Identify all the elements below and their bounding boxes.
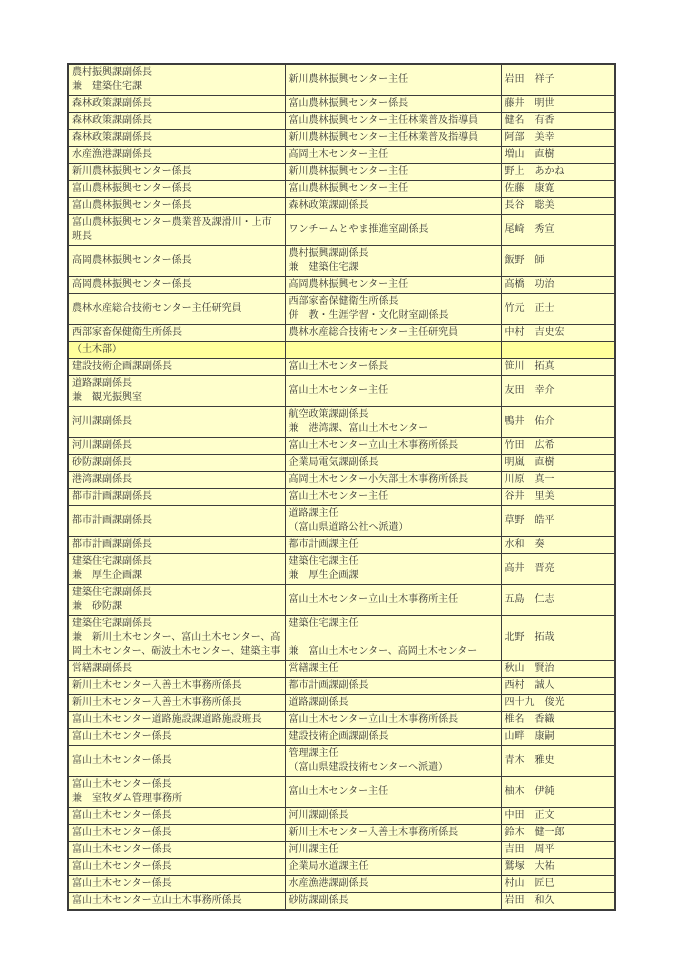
cell-line: 兼 観光振興室 — [72, 391, 282, 405]
name-cell: 佐藤 康寛 — [501, 181, 615, 198]
cell-line: 管理課主任 — [289, 747, 498, 761]
document-page: 農村振興課副係長兼 建築住宅課新川農林振興センター主任岩田 祥子森林政策課副係長… — [0, 0, 680, 961]
cell-line: 富山農林振興センター係長 — [72, 199, 282, 213]
old-position-cell: 富山土木センター立山土木事務所主任 — [285, 585, 501, 616]
name-cell: 鈴木 健一郎 — [501, 825, 615, 842]
old-position-cell: 道路課副係長 — [285, 695, 501, 712]
old-position-cell: 農村振興課副係長兼 建築住宅課 — [285, 246, 501, 277]
cell-line: 佐藤 康寛 — [505, 182, 612, 196]
name-cell: 北野 拓哉 — [501, 616, 615, 661]
cell-line: 建築住宅課副係長 — [72, 586, 282, 600]
cell-line: 富山土木センター立山土木事務所係長 — [289, 713, 498, 727]
table-row: 都市計画課副係長富山土木センター主任谷井 里美 — [68, 489, 615, 506]
cell-line: 都市計画課副係長 — [289, 679, 498, 693]
cell-line: 建築住宅課副係長 — [72, 617, 282, 631]
cell-line: 農村振興課副係長 — [289, 247, 498, 261]
cell-line: 富山土木センター係長 — [72, 730, 282, 744]
cell-line: 富山土木センター係長 — [72, 754, 282, 768]
cell-line: 高井 晋亮 — [505, 562, 612, 576]
name-cell: 明嵐 直樹 — [501, 455, 615, 472]
cell-line: 兼 室牧ダム管理事務所 — [72, 792, 282, 806]
old-position-cell: 富山土木センター主任 — [285, 777, 501, 808]
table-row: 都市計画課副係長道路課主任（富山県道路公社へ派遣）草野 皓平 — [68, 506, 615, 537]
cell-line: 新川農林振興センター主任 — [289, 165, 498, 179]
cell-line: 港湾課副係長 — [72, 473, 282, 487]
old-position-cell — [285, 342, 501, 359]
cell-line — [289, 343, 498, 357]
table-row: 農林水産総合技術センター主任研究員西部家畜保健衛生所係長併 教・生涯学習・文化財… — [68, 294, 615, 325]
table-row: 河川課副係長航空政策課副係長兼 港湾課、富山土木センター鴨井 佑介 — [68, 407, 615, 438]
name-cell: 中村 吉史宏 — [501, 325, 615, 342]
new-position-cell: 都市計画課副係長 — [68, 489, 285, 506]
name-cell: 竹田 広希 — [501, 438, 615, 455]
table-row: 富山農林振興センター農業普及課滑川・上市班長ワンチームとやま推進室副係長尾崎 秀… — [68, 215, 615, 246]
old-position-cell: 営繕課主任 — [285, 661, 501, 678]
cell-line: 吉田 周平 — [505, 843, 612, 857]
new-position-cell: 富山土木センター係長 — [68, 842, 285, 859]
cell-line: 建築住宅課副係長 — [72, 555, 282, 569]
old-position-cell: 富山土木センター主任 — [285, 489, 501, 506]
name-cell: 水和 奏 — [501, 537, 615, 554]
cell-line: 明嵐 直樹 — [505, 456, 612, 470]
cell-line: 新川土木センター入善土木事務所係長 — [72, 696, 282, 710]
name-cell: 中田 正文 — [501, 808, 615, 825]
new-position-cell: 農林水産総合技術センター主任研究員 — [68, 294, 285, 325]
name-cell: 村山 匠巳 — [501, 876, 615, 893]
cell-line: 併 教・生涯学習・文化財室副係長 — [289, 309, 498, 323]
old-position-cell: 富山農林振興センター主任 — [285, 181, 501, 198]
table-row: 森林政策課副係長富山農林振興センター係長藤井 明世 — [68, 96, 615, 113]
table-row: 建築住宅課副係長兼 厚生企画課建築住宅課主任兼 厚生企画課高井 晋亮 — [68, 554, 615, 585]
cell-line: 河川課主任 — [289, 843, 498, 857]
cell-line: 兼 建築住宅課 — [289, 261, 498, 275]
name-cell: 青木 雅史 — [501, 746, 615, 777]
cell-line: 尾崎 秀宣 — [505, 223, 612, 237]
cell-line: 西部家畜保健衛生所係長 — [289, 295, 498, 309]
cell-line: 増山 直樹 — [505, 148, 612, 162]
cell-line: 道路課主任 — [289, 507, 498, 521]
table-row: 富山土木センター係長管理課主任（富山県建設技術センターへ派遣）青木 雅史 — [68, 746, 615, 777]
new-position-cell: 富山土木センター道路施設課道路施設班長 — [68, 712, 285, 729]
cell-line: 河川課副係長 — [289, 809, 498, 823]
new-position-cell: 農村振興課副係長兼 建築住宅課 — [68, 64, 285, 96]
cell-line: 富山土木センター主任 — [289, 490, 498, 504]
cell-line: 営繕課主任 — [289, 662, 498, 676]
old-position-cell: 富山農林振興センター係長 — [285, 96, 501, 113]
cell-line: 北野 拓哉 — [505, 631, 612, 645]
cell-line: 岩田 祥子 — [505, 73, 612, 87]
new-position-cell: 河川課副係長 — [68, 438, 285, 455]
new-position-cell: 富山土木センター係長 — [68, 808, 285, 825]
old-position-cell: 新川土木センター入善土木事務所係長 — [285, 825, 501, 842]
name-cell: 椎名 香織 — [501, 712, 615, 729]
new-position-cell: 西部家畜保健衛生所係長 — [68, 325, 285, 342]
table-row: 都市計画課副係長都市計画課主任水和 奏 — [68, 537, 615, 554]
cell-line: 谷井 里美 — [505, 490, 612, 504]
table-row: 富山土木センター係長河川課副係長中田 正文 — [68, 808, 615, 825]
table-row: 高岡農林振興センター係長農村振興課副係長兼 建築住宅課飯野 師 — [68, 246, 615, 277]
cell-line: 西村 誠人 — [505, 679, 612, 693]
cell-line: 富山土木センター係長 — [72, 809, 282, 823]
name-cell: 鷲塚 大祐 — [501, 859, 615, 876]
cell-line: 高岡農林振興センター係長 — [72, 254, 282, 268]
cell-line: 高岡土木センター主任 — [289, 148, 498, 162]
cell-line: 阿部 美幸 — [505, 131, 612, 145]
name-cell: 長谷 聡美 — [501, 198, 615, 215]
cell-line: 野上 あかね — [505, 165, 612, 179]
cell-line: 新川土木センター入善土木事務所係長 — [289, 826, 498, 840]
cell-line: 農村振興課副係長 — [72, 66, 282, 80]
table-row: 新川土木センター入善土木事務所係長都市計画課副係長西村 誠人 — [68, 678, 615, 695]
new-position-cell: 砂防課副係長 — [68, 455, 285, 472]
name-cell: 川原 真一 — [501, 472, 615, 489]
cell-line: 高岡農林振興センター係長 — [72, 278, 282, 292]
table-row: 高岡農林振興センター係長高岡農林振興センター主任高橋 功治 — [68, 277, 615, 294]
cell-line: 五島 仁志 — [505, 593, 612, 607]
name-cell: 友田 幸介 — [501, 376, 615, 407]
old-position-cell: 建築住宅課主任兼 厚生企画課 — [285, 554, 501, 585]
new-position-cell: 森林政策課副係長 — [68, 96, 285, 113]
name-cell: 増山 直樹 — [501, 147, 615, 164]
cell-line: 椎名 香織 — [505, 713, 612, 727]
cell-line: 富山土木センター係長 — [72, 778, 282, 792]
cell-line: 富山農林振興センター主任林業普及指導員 — [289, 114, 498, 128]
cell-line: 企業局電気課副係長 — [289, 456, 498, 470]
old-position-cell: 富山農林振興センター主任林業普及指導員 — [285, 113, 501, 130]
new-position-cell: 新川土木センター入善土木事務所係長 — [68, 678, 285, 695]
cell-line: 鷲塚 大祐 — [505, 860, 612, 874]
table-row: 新川農林振興センター係長新川農林振興センター主任野上 あかね — [68, 164, 615, 181]
cell-line: 富山土木センター立山土木事務所係長 — [289, 439, 498, 453]
old-position-cell: 西部家畜保健衛生所係長併 教・生涯学習・文化財室副係長 — [285, 294, 501, 325]
cell-line: 高岡農林振興センター主任 — [289, 278, 498, 292]
cell-line: 岩田 和久 — [505, 894, 612, 908]
old-position-cell: 高岡土木センター主任 — [285, 147, 501, 164]
cell-line: 富山農林振興センター係長 — [289, 97, 498, 111]
name-cell: 尾崎 秀宣 — [501, 215, 615, 246]
cell-line: 藤井 明世 — [505, 97, 612, 111]
table-row: 富山土木センター係長建設技術企画課副係長山畔 康嗣 — [68, 729, 615, 746]
table-row: 富山土木センター立山土木事務所係長砂防課副係長岩田 和久 — [68, 893, 615, 911]
new-position-cell: 建築住宅課副係長兼 砂防課 — [68, 585, 285, 616]
new-position-cell: 富山農林振興センター農業普及課滑川・上市班長 — [68, 215, 285, 246]
table-row: 新川土木センター入善土木事務所係長道路課副係長四十九 俊光 — [68, 695, 615, 712]
name-cell: 岩田 和久 — [501, 893, 615, 911]
cell-line: 飯野 師 — [505, 254, 612, 268]
name-cell: 健名 有香 — [501, 113, 615, 130]
old-position-cell: 河川課主任 — [285, 842, 501, 859]
cell-line — [289, 631, 498, 645]
cell-line: 長谷 聡美 — [505, 199, 612, 213]
cell-line: 兼 港湾課、富山土木センター — [289, 422, 498, 436]
cell-line: 富山土木センター主任 — [289, 785, 498, 799]
cell-line — [505, 343, 612, 357]
cell-line: 兼 砂防課 — [72, 600, 282, 614]
cell-line: 村山 匠巳 — [505, 877, 612, 891]
new-position-cell: 富山土木センター係長 — [68, 729, 285, 746]
old-position-cell: 高岡農林振興センター主任 — [285, 277, 501, 294]
table-row: 建設技術企画課副係長富山土木センター係長笹川 拓真 — [68, 359, 615, 376]
cell-line: 兼 新川土木センター、富山土木センター、高岡土木センター、砺波土木センター、建築… — [72, 631, 282, 659]
new-position-cell: 都市計画課副係長 — [68, 537, 285, 554]
cell-line: 道路課副係長 — [72, 377, 282, 391]
new-position-cell: 森林政策課副係長 — [68, 130, 285, 147]
cell-line: 笹川 拓真 — [505, 360, 612, 374]
cell-line: 富山土木センター道路施設課道路施設班長 — [72, 713, 282, 727]
old-position-cell: 水産漁港課副係長 — [285, 876, 501, 893]
cell-line: 農林水産総合技術センター主任研究員 — [289, 326, 498, 340]
cell-line: 柚木 伊純 — [505, 785, 612, 799]
cell-line: 富山土木センター立山土木事務所主任 — [289, 593, 498, 607]
table-row: 富山土木センター係長水産漁港課副係長村山 匠巳 — [68, 876, 615, 893]
cell-line: 企業局水道課主任 — [289, 860, 498, 874]
table-row: 富山土木センター道路施設課道路施設班長富山土木センター立山土木事務所係長椎名 香… — [68, 712, 615, 729]
name-cell — [501, 342, 615, 359]
cell-line: 砂防課副係長 — [72, 456, 282, 470]
cell-line: 新川農林振興センター係長 — [72, 165, 282, 179]
name-cell: 笹川 拓真 — [501, 359, 615, 376]
cell-line: 道路課副係長 — [289, 696, 498, 710]
new-position-cell: 水産漁港課副係長 — [68, 147, 285, 164]
cell-line: 河川課副係長 — [72, 439, 282, 453]
cell-line: 富山農林振興センター係長 — [72, 182, 282, 196]
name-cell: 竹元 正士 — [501, 294, 615, 325]
new-position-cell: 港湾課副係長 — [68, 472, 285, 489]
cell-line: 鈴木 健一郎 — [505, 826, 612, 840]
cell-line: 健名 有香 — [505, 114, 612, 128]
cell-line: （富山県建設技術センターへ派遣） — [289, 761, 498, 775]
cell-line: 森林政策課副係長 — [72, 131, 282, 145]
cell-line: 新川土木センター入善土木事務所係長 — [72, 679, 282, 693]
cell-line: 富山農林振興センター農業普及課滑川・上市班長 — [72, 216, 282, 244]
new-position-cell: 建築住宅課副係長兼 新川土木センター、富山土木センター、高岡土木センター、砺波土… — [68, 616, 285, 661]
name-cell: 山畔 康嗣 — [501, 729, 615, 746]
old-position-cell: 企業局電気課副係長 — [285, 455, 501, 472]
table-row: 富山農林振興センター係長富山農林振興センター主任佐藤 康寛 — [68, 181, 615, 198]
cell-line: 新川農林振興センター主任 — [289, 73, 498, 87]
table-row: 富山農林振興センター係長森林政策課副係長長谷 聡美 — [68, 198, 615, 215]
name-cell: 鴨井 佑介 — [501, 407, 615, 438]
cell-line: 富山土木センター係長 — [289, 360, 498, 374]
cell-line: 富山農林振興センター主任 — [289, 182, 498, 196]
new-position-cell: 河川課副係長 — [68, 407, 285, 438]
name-cell: 吉田 周平 — [501, 842, 615, 859]
personnel-table: 農村振興課副係長兼 建築住宅課新川農林振興センター主任岩田 祥子森林政策課副係長… — [67, 63, 616, 911]
new-position-cell: 富山土木センター立山土木事務所係長 — [68, 893, 285, 911]
table-row: 富山土木センター係長兼 室牧ダム管理事務所富山土木センター主任柚木 伊純 — [68, 777, 615, 808]
cell-line: 山畔 康嗣 — [505, 730, 612, 744]
old-position-cell: 富山土木センター立山土木事務所係長 — [285, 438, 501, 455]
table-row: 建築住宅課副係長兼 新川土木センター、富山土木センター、高岡土木センター、砺波土… — [68, 616, 615, 661]
old-position-cell: 新川農林振興センター主任 — [285, 164, 501, 181]
cell-line: 竹田 広希 — [505, 439, 612, 453]
new-position-cell: 建築住宅課副係長兼 厚生企画課 — [68, 554, 285, 585]
cell-line: 中田 正文 — [505, 809, 612, 823]
table-row: 砂防課副係長企業局電気課副係長明嵐 直樹 — [68, 455, 615, 472]
old-position-cell: 建設技術企画課副係長 — [285, 729, 501, 746]
table-row: 農村振興課副係長兼 建築住宅課新川農林振興センター主任岩田 祥子 — [68, 64, 615, 96]
cell-line: 鴨井 佑介 — [505, 415, 612, 429]
cell-line: 草野 皓平 — [505, 514, 612, 528]
table-row: 営繕課副係長営繕課主任秋山 賢治 — [68, 661, 615, 678]
section-label-cell: （土木部） — [68, 342, 285, 359]
old-position-cell: 企業局水道課主任 — [285, 859, 501, 876]
cell-line: 川原 真一 — [505, 473, 612, 487]
name-cell: 草野 皓平 — [501, 506, 615, 537]
cell-line: 建築住宅課主任 — [289, 555, 498, 569]
table-row: 建築住宅課副係長兼 砂防課富山土木センター立山土木事務所主任五島 仁志 — [68, 585, 615, 616]
name-cell: 谷井 里美 — [501, 489, 615, 506]
cell-line: 水産漁港課副係長 — [72, 148, 282, 162]
cell-line: 水和 奏 — [505, 538, 612, 552]
cell-line: （富山県道路公社へ派遣） — [289, 521, 498, 535]
cell-line: 建設技術企画課副係長 — [72, 360, 282, 374]
new-position-cell: 都市計画課副係長 — [68, 506, 285, 537]
old-position-cell: 河川課副係長 — [285, 808, 501, 825]
cell-line: 青木 雅史 — [505, 754, 612, 768]
cell-line: 森林政策課副係長 — [72, 97, 282, 111]
personnel-table-body: 農村振興課副係長兼 建築住宅課新川農林振興センター主任岩田 祥子森林政策課副係長… — [68, 64, 615, 910]
name-cell: 岩田 祥子 — [501, 64, 615, 96]
old-position-cell: 都市計画課主任 — [285, 537, 501, 554]
cell-line: （土木部） — [72, 343, 282, 357]
name-cell: 藤井 明世 — [501, 96, 615, 113]
old-position-cell: 富山土木センター立山土木事務所係長 — [285, 712, 501, 729]
old-position-cell: 建築住宅課主任兼 富山土木センター、高岡土木センター — [285, 616, 501, 661]
table-row: 森林政策課副係長新川農林振興センター主任林業普及指導員阿部 美幸 — [68, 130, 615, 147]
old-position-cell: 新川農林振興センター主任林業普及指導員 — [285, 130, 501, 147]
new-position-cell: 富山土木センター係長兼 室牧ダム管理事務所 — [68, 777, 285, 808]
cell-line: 建設技術企画課副係長 — [289, 730, 498, 744]
name-cell: 阿部 美幸 — [501, 130, 615, 147]
cell-line: 兼 厚生企画課 — [72, 569, 282, 583]
table-row: 港湾課副係長高岡土木センター小矢部土木事務所係長川原 真一 — [68, 472, 615, 489]
cell-line: 高橋 功治 — [505, 278, 612, 292]
name-cell: 西村 誠人 — [501, 678, 615, 695]
old-position-cell: 高岡土木センター小矢部土木事務所係長 — [285, 472, 501, 489]
new-position-cell: 富山土木センター係長 — [68, 746, 285, 777]
cell-line: 森林政策課副係長 — [72, 114, 282, 128]
old-position-cell: 管理課主任（富山県建設技術センターへ派遣） — [285, 746, 501, 777]
new-position-cell: 営繕課副係長 — [68, 661, 285, 678]
old-position-cell: 航空政策課副係長兼 港湾課、富山土木センター — [285, 407, 501, 438]
old-position-cell: 富山土木センター係長 — [285, 359, 501, 376]
cell-line: 森林政策課副係長 — [289, 199, 498, 213]
table-row: 富山土木センター係長河川課主任吉田 周平 — [68, 842, 615, 859]
old-position-cell: 都市計画課副係長 — [285, 678, 501, 695]
cell-line: 西部家畜保健衛生所係長 — [72, 326, 282, 340]
old-position-cell: 新川農林振興センター主任 — [285, 64, 501, 96]
cell-line: 竹元 正士 — [505, 302, 612, 316]
cell-line: 農林水産総合技術センター主任研究員 — [72, 302, 282, 316]
old-position-cell: 道路課主任（富山県道路公社へ派遣） — [285, 506, 501, 537]
cell-line: 河川課副係長 — [72, 415, 282, 429]
cell-line: 新川農林振興センター主任林業普及指導員 — [289, 131, 498, 145]
cell-line: 都市計画課副係長 — [72, 514, 282, 528]
cell-line: 砂防課副係長 — [289, 894, 498, 908]
name-cell: 五島 仁志 — [501, 585, 615, 616]
cell-line: 兼 建築住宅課 — [72, 80, 282, 94]
new-position-cell: 道路課副係長兼 観光振興室 — [68, 376, 285, 407]
cell-line: 秋山 賢治 — [505, 662, 612, 676]
name-cell: 四十九 俊光 — [501, 695, 615, 712]
cell-line: 友田 幸介 — [505, 384, 612, 398]
table-row: 河川課副係長富山土木センター立山土木事務所係長竹田 広希 — [68, 438, 615, 455]
new-position-cell: 建設技術企画課副係長 — [68, 359, 285, 376]
cell-line: 中村 吉史宏 — [505, 326, 612, 340]
cell-line: 都市計画課副係長 — [72, 490, 282, 504]
cell-line: 兼 富山土木センター、高岡土木センター — [289, 645, 498, 659]
cell-line: 富山土木センター係長 — [72, 843, 282, 857]
table-row: 森林政策課副係長富山農林振興センター主任林業普及指導員健名 有香 — [68, 113, 615, 130]
new-position-cell: 新川土木センター入善土木事務所係長 — [68, 695, 285, 712]
cell-line: 航空政策課副係長 — [289, 408, 498, 422]
cell-line: 建築住宅課主任 — [289, 617, 498, 631]
name-cell: 高橋 功治 — [501, 277, 615, 294]
old-position-cell: 砂防課副係長 — [285, 893, 501, 911]
old-position-cell: 農林水産総合技術センター主任研究員 — [285, 325, 501, 342]
name-cell: 秋山 賢治 — [501, 661, 615, 678]
new-position-cell: 富山土木センター係長 — [68, 876, 285, 893]
cell-line: 富山土木センター係長 — [72, 860, 282, 874]
new-position-cell: 富山土木センター係長 — [68, 825, 285, 842]
new-position-cell: 高岡農林振興センター係長 — [68, 277, 285, 294]
cell-line: 水産漁港課副係長 — [289, 877, 498, 891]
section-row: （土木部） — [68, 342, 615, 359]
table-row: 水産漁港課副係長高岡土木センター主任増山 直樹 — [68, 147, 615, 164]
new-position-cell: 富山農林振興センター係長 — [68, 181, 285, 198]
cell-line: 富山土木センター主任 — [289, 384, 498, 398]
table-row: 富山土木センター係長企業局水道課主任鷲塚 大祐 — [68, 859, 615, 876]
cell-line: 都市計画課主任 — [289, 538, 498, 552]
new-position-cell: 新川農林振興センター係長 — [68, 164, 285, 181]
new-position-cell: 富山農林振興センター係長 — [68, 198, 285, 215]
cell-line: 四十九 俊光 — [505, 696, 612, 710]
name-cell: 高井 晋亮 — [501, 554, 615, 585]
table-row: 道路課副係長兼 観光振興室富山土木センター主任友田 幸介 — [68, 376, 615, 407]
name-cell: 飯野 師 — [501, 246, 615, 277]
cell-line: 兼 厚生企画課 — [289, 569, 498, 583]
name-cell: 柚木 伊純 — [501, 777, 615, 808]
old-position-cell: ワンチームとやま推進室副係長 — [285, 215, 501, 246]
new-position-cell: 森林政策課副係長 — [68, 113, 285, 130]
name-cell: 野上 あかね — [501, 164, 615, 181]
cell-line: 高岡土木センター小矢部土木事務所係長 — [289, 473, 498, 487]
cell-line: 富山土木センター係長 — [72, 877, 282, 891]
cell-line: 富山土木センター係長 — [72, 826, 282, 840]
cell-line: ワンチームとやま推進室副係長 — [289, 223, 498, 237]
cell-line: 富山土木センター立山土木事務所係長 — [72, 894, 282, 908]
table-row: 富山土木センター係長新川土木センター入善土木事務所係長鈴木 健一郎 — [68, 825, 615, 842]
cell-line: 都市計画課副係長 — [72, 538, 282, 552]
old-position-cell: 森林政策課副係長 — [285, 198, 501, 215]
table-row: 西部家畜保健衛生所係長農林水産総合技術センター主任研究員中村 吉史宏 — [68, 325, 615, 342]
new-position-cell: 富山土木センター係長 — [68, 859, 285, 876]
new-position-cell: 高岡農林振興センター係長 — [68, 246, 285, 277]
cell-line: 営繕課副係長 — [72, 662, 282, 676]
old-position-cell: 富山土木センター主任 — [285, 376, 501, 407]
